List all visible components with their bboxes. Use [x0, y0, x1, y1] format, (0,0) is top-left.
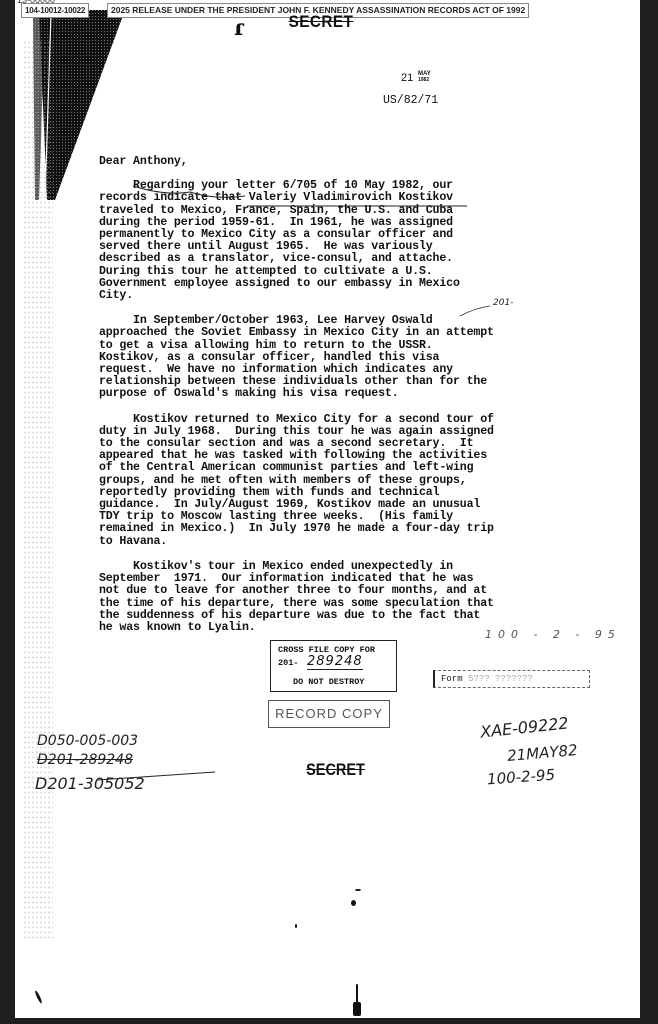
letter-line: described as a translator, vice-consul, … — [99, 253, 569, 265]
scan-artifact-speckle — [23, 40, 53, 940]
letter-line: purpose of Oswald's making his visa requ… — [99, 388, 569, 400]
reference-number: US/82/71 — [383, 94, 438, 107]
letter-line: During this tour he attempted to cultiva… — [99, 266, 569, 278]
cross-file-stamp: CROSS FILE COPY FOR 201- 289248 DO NOT D… — [270, 640, 397, 692]
salutation: Dear Anthony, — [99, 156, 569, 168]
letter-line: traveled to Mexico, France, Spain, the U… — [99, 205, 569, 217]
do-not-destroy: DO NOT DESTROY — [293, 677, 364, 687]
scan-blot — [34, 990, 43, 1004]
date-month-year: MAY 1982 — [418, 71, 431, 83]
letter-paragraph: In September/October 1963, Lee Harvey Os… — [99, 315, 569, 400]
cross-file-number: 289248 — [307, 654, 363, 670]
scan-blot — [353, 1002, 361, 1016]
margin-note-lyalin: 100 - 2 - 95 — [485, 628, 621, 641]
document-id-tag: 104-10012-10022 — [21, 3, 89, 18]
letter-paragraphs: Regarding your letter 6/705 of 10 May 19… — [99, 180, 569, 634]
date-year: 1982 — [418, 77, 431, 83]
letter-line: not due to leave for another three to fo… — [99, 585, 569, 597]
file-number-left-3: D201-305052 — [35, 774, 145, 793]
letter-line: to get a visa allowing him to return to … — [99, 340, 569, 352]
letter-paragraph: Regarding your letter 6/705 of 10 May 19… — [99, 180, 569, 302]
classification-top: SECRET — [289, 12, 354, 32]
letter-line: records indicate that Valeriy Vladimirov… — [99, 192, 569, 204]
scan-blot — [356, 984, 358, 1004]
form-stamp: Form 5??? ??????? — [433, 670, 590, 688]
letter-line: Government employee assigned to our emba… — [99, 278, 569, 290]
letter-line: remained in Mexico.) In July 1970 he mad… — [99, 523, 569, 535]
form-faded-text: 5??? ??????? — [468, 674, 533, 684]
document-page: 13-00000 104-10012-10022 2025 RELEASE UN… — [15, 0, 640, 1018]
record-copy-stamp: RECORD COPY — [268, 700, 390, 728]
letter-paragraph: Kostikov's tour in Mexico ended unexpect… — [99, 561, 569, 634]
file-number-right-3: 100-2-95 — [486, 766, 555, 789]
scan-blot — [351, 900, 356, 906]
file-number-left-2: D201-289248 — [37, 752, 133, 768]
scan-blot — [295, 924, 297, 928]
cross-file-prefix: 201- — [278, 658, 298, 668]
letter-line: to Havana. — [99, 536, 569, 548]
classification-bottom: SECRET — [306, 760, 365, 780]
form-label: Form — [441, 674, 463, 684]
letter-line: the time of his departure, there was som… — [99, 598, 569, 610]
letter-paragraph: Kostikov returned to Mexico City for a s… — [99, 414, 569, 548]
file-number-right-1: XAE-09222 — [479, 713, 569, 741]
file-number-right-2: 21MAY82 — [506, 741, 578, 765]
letter-line: of the Central American communist partie… — [99, 462, 569, 474]
date-day: 21 — [401, 72, 413, 84]
file-number-left-1: D050-005-003 — [37, 733, 138, 749]
scan-blot — [355, 889, 361, 891]
letter-line: approached the Soviet Embassy in Mexico … — [99, 327, 569, 339]
margin-note-oswald: 201- — [493, 298, 513, 308]
handwritten-hook-mark: ɾ — [234, 15, 244, 41]
letter-body: Dear Anthony, Regarding your letter 6/70… — [99, 156, 569, 647]
